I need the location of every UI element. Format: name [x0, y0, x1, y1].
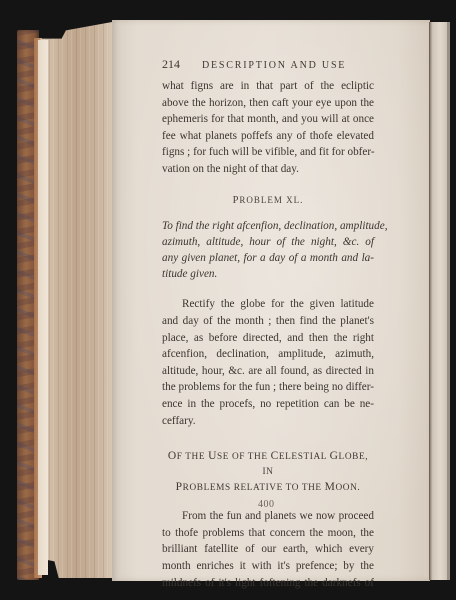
facing-page-edge: [430, 22, 447, 580]
small-cap-initial: U: [208, 450, 217, 462]
small-cap-initial: G: [330, 450, 339, 462]
section-heading-line-1: OF THE USE OF THE CELESTIAL GLOBE, IN: [162, 449, 374, 480]
text-line: ceffary.: [162, 413, 374, 430]
section-heading-line-2: PROBLEMS RELATIVE TO THE MOON.: [162, 480, 374, 496]
text-line: mildnefs of it's light foftening the dar…: [162, 575, 374, 592]
text-line: To find the right afcenfion, declination…: [176, 218, 374, 234]
small-cap-initial: C: [271, 450, 279, 462]
paragraph-solution: Rectify the globe for the given latitude…: [162, 296, 374, 429]
page-text: 214 DESCRIPTION AND USE what figns are i…: [162, 57, 374, 591]
small-cap-text: ROBLEMS RELATIVE TO THE: [183, 483, 325, 493]
text-line: vation on the night of that day.: [162, 161, 374, 178]
text-line: From the fun and planets we now proceed: [162, 508, 374, 525]
small-cap-initial: O: [168, 450, 177, 462]
small-cap-text: OON.: [335, 483, 360, 493]
text-line: fee what planets poffefs any of thofe el…: [162, 128, 374, 145]
problem-heading-rest: ROBLEM XL.: [239, 195, 303, 205]
paragraph-continuation: what figns are in that part of the eclip…: [162, 78, 374, 178]
text-line: to thofe problems that concern the moon,…: [162, 525, 374, 542]
text-line: the problems for the fun ; there being n…: [162, 379, 374, 396]
text-line: month enriches it with it's prefence; by…: [162, 558, 374, 575]
text-line: figns ; for fuch will be vifible, and fi…: [162, 144, 374, 161]
problem-heading: PROBLEM XL.: [162, 195, 374, 206]
text-line: Rectify the globe for the given latitude: [162, 296, 374, 313]
text-line: place, as before directed, and then the …: [162, 330, 374, 347]
small-cap-initial: M: [325, 481, 336, 493]
section-heading: OF THE USE OF THE CELESTIAL GLOBE, IN PR…: [162, 449, 374, 496]
text-line: and day of the month ; then find the pla…: [162, 313, 374, 330]
signature-mark: 400: [258, 499, 275, 510]
photo-background: 214 DESCRIPTION AND USE what figns are i…: [0, 0, 456, 600]
running-title: DESCRIPTION AND USE: [202, 60, 374, 71]
text-line: what figns are in that part of the eclip…: [162, 78, 374, 95]
text-line: titude given.: [176, 266, 374, 282]
page-edge-stack: [40, 22, 112, 578]
text-line: azimuth, altitude, hour of the night, &c…: [176, 234, 374, 250]
flyleaf-edge: [38, 40, 48, 575]
small-cap-text: F THE: [177, 452, 208, 462]
problem-statement: To find the right afcenfion, declination…: [162, 218, 374, 283]
text-line: ence in the procefs, no repetition can b…: [162, 396, 374, 413]
paragraph-moon-intro: From the fun and planets we now proceed …: [162, 508, 374, 591]
text-line: ephemeris for that month, and you will a…: [162, 111, 374, 128]
small-cap-text: SE OF THE: [217, 452, 271, 462]
running-head: 214 DESCRIPTION AND USE: [162, 57, 374, 72]
text-line: above the horizon, then caft your eye up…: [162, 95, 374, 112]
text-line: brilliant fatellite of our earth, which …: [162, 541, 374, 558]
small-cap-text: ELESTIAL: [279, 452, 330, 462]
text-line: afcenfion, declination, amplitude, azimu…: [162, 346, 374, 363]
small-cap-initial: P: [176, 481, 183, 493]
text-line: altitude, hour, &c. are all found, as di…: [162, 363, 374, 380]
facing-page-border: [447, 22, 450, 580]
page-number: 214: [162, 57, 202, 72]
text-line: any given planet, for a day of a month a…: [176, 250, 374, 266]
